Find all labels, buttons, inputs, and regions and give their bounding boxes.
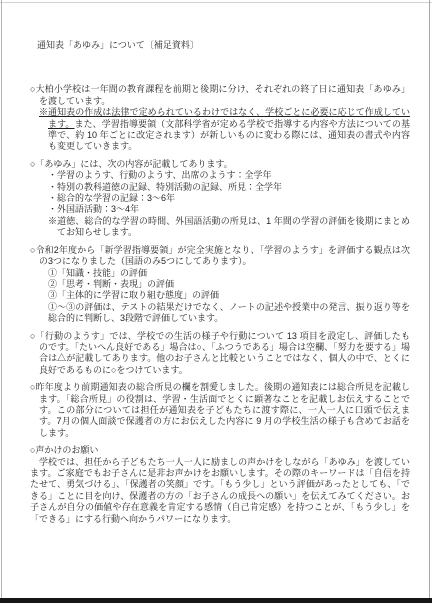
paragraph-text: ○大柏小学校は一年間の教育課程を前期と後期に分け、それぞれの終了日に通知表「あゆ… bbox=[30, 84, 410, 107]
bullet-item-study: ・学習のようす、行動のようす、出席のようす：全学年 bbox=[48, 170, 410, 181]
scan-bottom-bar bbox=[0, 598, 432, 603]
paragraph-text: ○昨年度より前期通知表の総合所見の欄を割愛しました。後期の通知表には総合所見を記… bbox=[30, 382, 410, 439]
bullet-item-moral: ・特別の教科道徳の記録、特別活動の記録、所見：全学年 bbox=[48, 182, 410, 193]
page-edge-top bbox=[0, 2, 432, 3]
paragraph-text: ○「あゆみ」には、次の内容が記載してあります。 bbox=[30, 159, 410, 170]
paragraph-overall-remarks: ○昨年度より前期通知表の総合所見の欄を割愛しました。後期の通知表には総合所見を記… bbox=[30, 382, 410, 439]
bullet-item-integrated: ・総合的な学習の記録：3～6年 bbox=[48, 193, 410, 204]
document-page: 通知表「あゆみ」について〔補足資料〕 ○大柏小学校は一年間の教育課程を前期と後期… bbox=[0, 0, 432, 603]
paragraph-text: ○令和2年度から「新学習指導要領」が完全実施となり、「学習のようす」を評価する観… bbox=[30, 245, 410, 268]
section-voice-request: ○声かけのお願い 学校では、担任から子どもたち一人一人に励ましの声かけをしながら… bbox=[30, 445, 410, 525]
paragraph-text: ○「行動のようす」では、学校での生活の様子や行動について 13 項目を設定し、評… bbox=[30, 331, 410, 377]
section-heading: ○声かけのお願い bbox=[30, 445, 410, 456]
paragraph-behavior: ○「行動のようす」では、学校での生活の様子や行動について 13 項目を設定し、評… bbox=[30, 331, 410, 377]
document-title: 通知表「あゆみ」について〔補足資料〕 bbox=[37, 40, 410, 51]
numbered-item-attitude: ③「主体的に学習に取り組む態度」の評価 bbox=[48, 290, 410, 301]
paragraph-evaluation-method: ①～③の評価は、テストの結果だけでなく、ノートの記述や授業中の発言、振り返り等を… bbox=[48, 302, 410, 325]
numbered-item-thinking: ②「思考・判断・表現」の評価 bbox=[48, 279, 410, 290]
paragraph-ayumi-contents: ○「あゆみ」には、次の内容が記載してあります。 ・学習のようす、行動のようす、出… bbox=[30, 159, 410, 239]
note-rest-text: また、学習指導要領（文部科学省が定める学校で指導する内容や方法についての基準で、… bbox=[48, 119, 410, 152]
page-edge-left bbox=[1, 0, 2, 598]
note-later-term-evaluation: ※道徳、総合的な学習の時間、外国語活動の所見は、1 年間の学習の評価を後期にまと… bbox=[48, 216, 410, 239]
paragraph-school-terms: ○大柏小学校は一年間の教育課程を前期と後期に分け、それぞれの終了日に通知表「あゆ… bbox=[30, 84, 410, 152]
paragraph-new-curriculum: ○令和2年度から「新学習指導要領」が完全実施となり、「学習のようす」を評価する観… bbox=[30, 245, 410, 325]
numbered-item-knowledge: ①「知識・技能」の評価 bbox=[48, 268, 410, 279]
page-edge-right bbox=[429, 0, 430, 598]
note-report-card-creation: ※通知表の作成は法律で定められているわけではなく、学校ごとに必要に応じて作成して… bbox=[39, 107, 410, 153]
paragraph-text: 学校では、担任から子どもたち一人一人に励ましの声かけをしながら「あゆみ」を渡して… bbox=[30, 457, 410, 525]
bullet-item-foreign-language: ・外国語活動：3～4年 bbox=[48, 204, 410, 215]
document-content: 通知表「あゆみ」について〔補足資料〕 ○大柏小学校は一年間の教育課程を前期と後期… bbox=[30, 40, 410, 531]
